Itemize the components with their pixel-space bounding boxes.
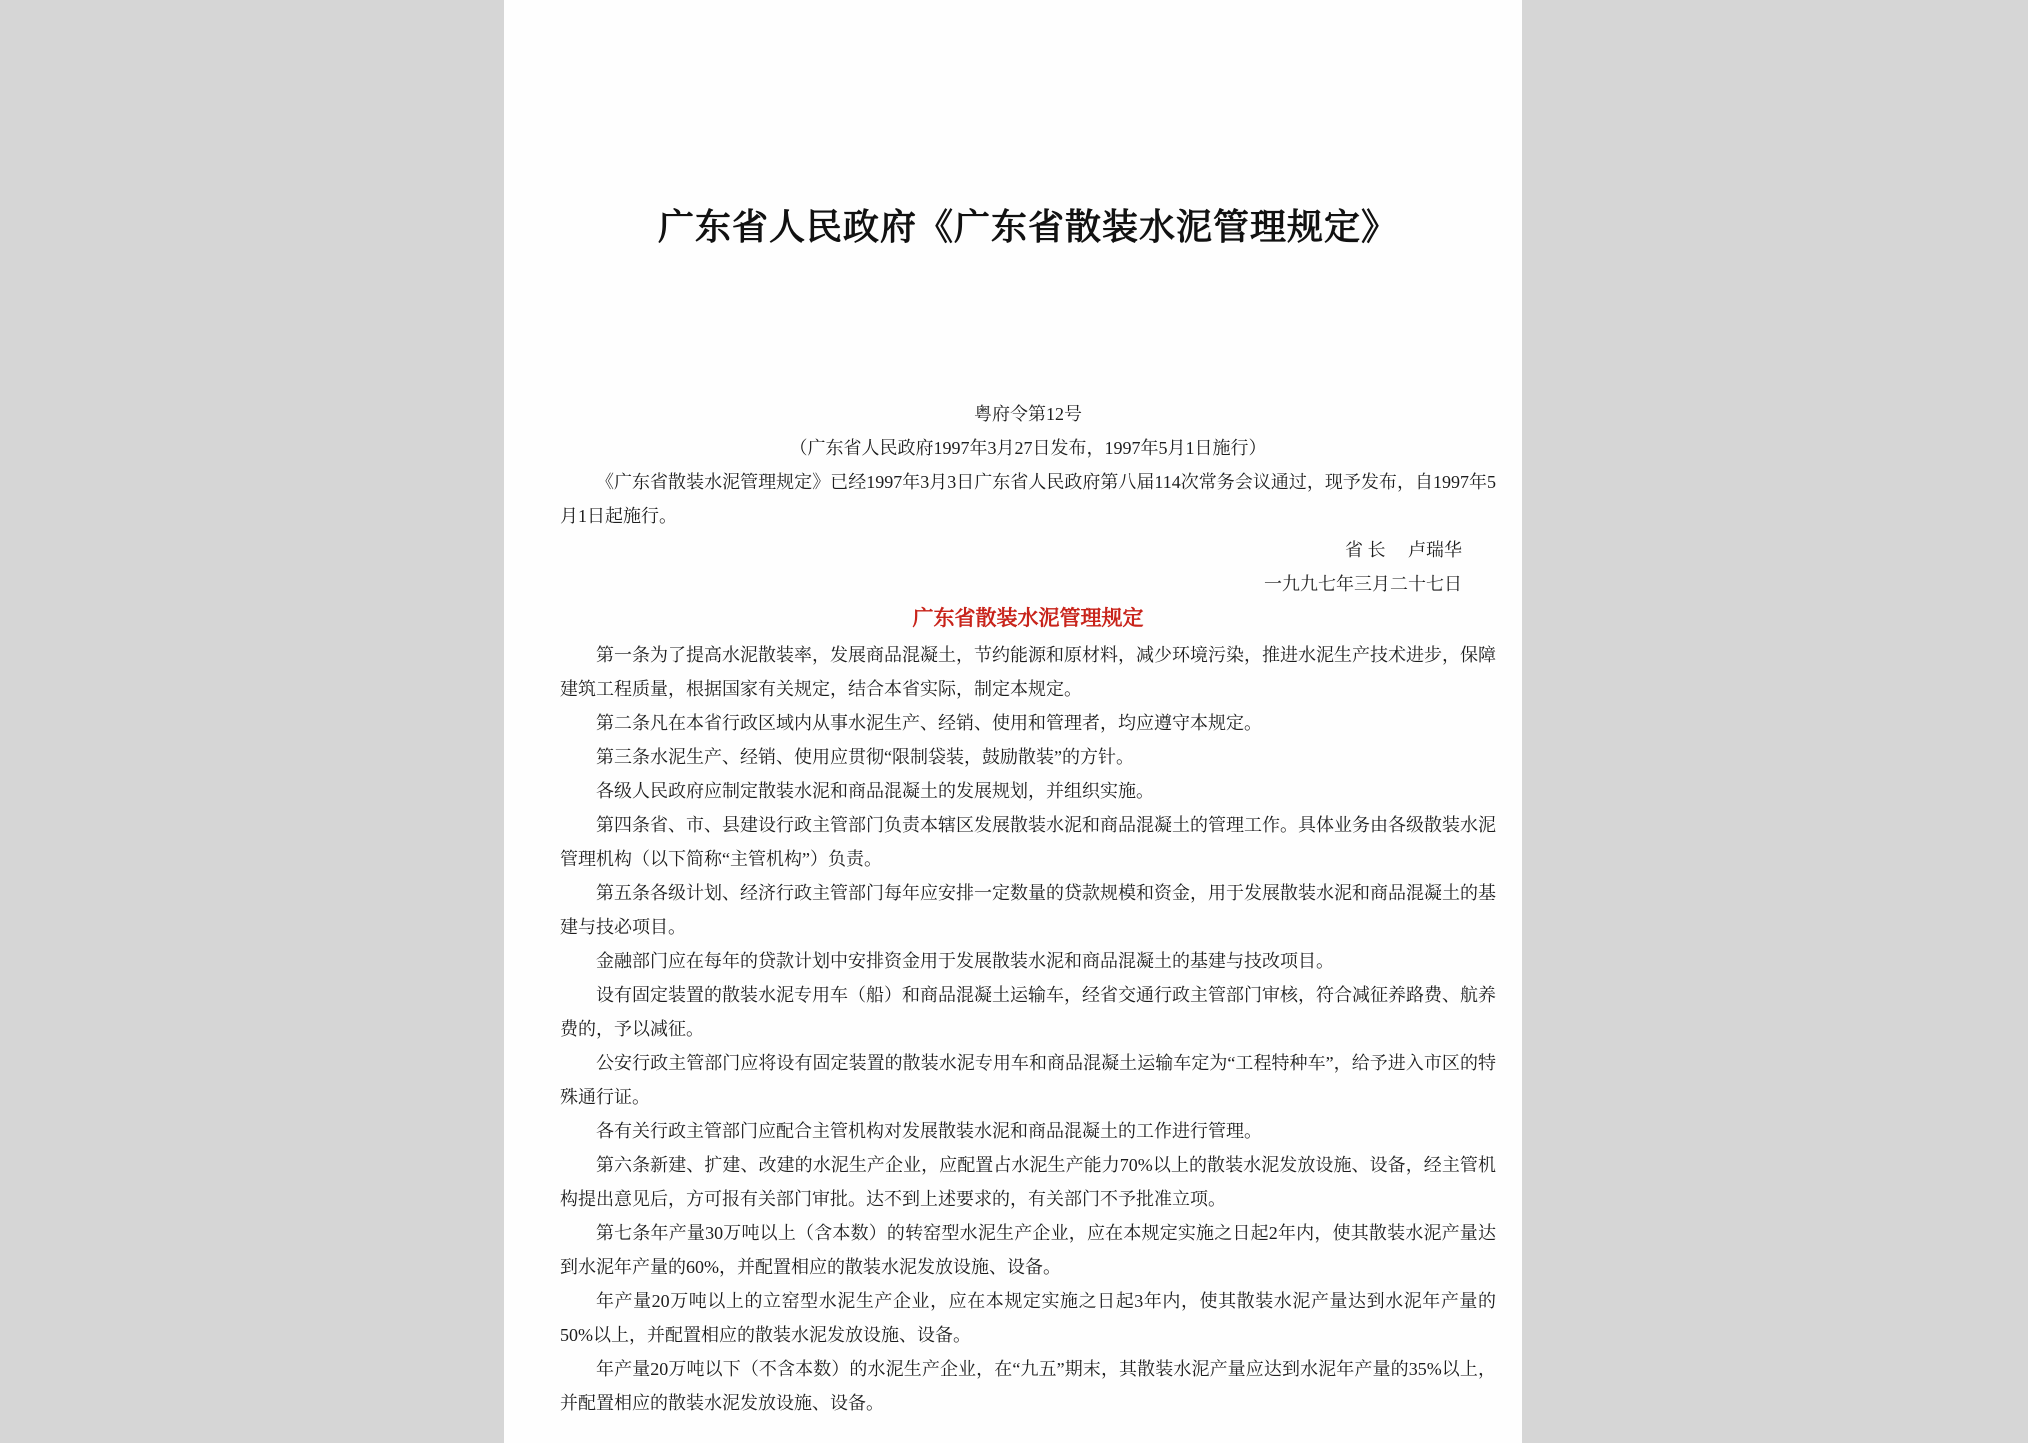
paragraph: 设有固定装置的散装水泥专用车（船）和商品混凝土运输车，经省交通行政主管部门审核，… bbox=[560, 978, 1496, 1046]
paragraph: 第二条凡在本省行政区域内从事水泥生产、经销、使用和管理者，均应遵守本规定。 bbox=[560, 706, 1496, 740]
paragraph: 各级人民政府应制定散装水泥和商品混凝土的发展规划，并组织实施。 bbox=[560, 774, 1496, 808]
paragraph: 第一条为了提高水泥散装率，发展商品混凝土，节约能源和原材料，减少环境污染，推进水… bbox=[560, 638, 1496, 706]
document-page: 广东省人民政府《广东省散装水泥管理规定》 粤府令第12号 （广东省人民政府199… bbox=[504, 0, 1522, 1443]
paragraph: 第四条省、市、县建设行政主管部门负责本辖区发展散装水泥和商品混凝土的管理工作。具… bbox=[560, 808, 1496, 876]
signature-line: 省 长 卢瑞华 bbox=[560, 533, 1496, 567]
date-line: 一九九七年三月二十七日 bbox=[560, 567, 1496, 601]
intro-paragraph: 《广东省散装水泥管理规定》已经1997年3月3日广东省人民政府第八届114次常务… bbox=[560, 465, 1496, 533]
paragraph: 第七条年产量30万吨以上（含本数）的转窑型水泥生产企业，应在本规定实施之日起2年… bbox=[560, 1216, 1496, 1284]
document-title: 广东省人民政府《广东省散装水泥管理规定》 bbox=[560, 0, 1496, 251]
paragraph: 各有关行政主管部门应配合主管机构对发展散装水泥和商品混凝土的工作进行管理。 bbox=[560, 1114, 1496, 1148]
document-header: 粤府令第12号 （广东省人民政府1997年3月27日发布，1997年5月1日施行… bbox=[560, 397, 1496, 635]
paragraph: 第三条水泥生产、经销、使用应贯彻“限制袋装，鼓励散装”的方针。 bbox=[560, 740, 1496, 774]
paragraph: 第五条各级计划、经济行政主管部门每年应安排一定数量的贷款规模和资金，用于发展散装… bbox=[560, 876, 1496, 944]
paragraph: 年产量20万吨以下（不含本数）的水泥生产企业，在“九五”期末，其散装水泥产量应达… bbox=[560, 1352, 1496, 1420]
document-body: 第一条为了提高水泥散装率，发展商品混凝土，节约能源和原材料，减少环境污染，推进水… bbox=[560, 638, 1496, 1420]
paragraph: 第六条新建、扩建、改建的水泥生产企业，应配置占水泥生产能力70%以上的散装水泥发… bbox=[560, 1148, 1496, 1216]
issuance-note: （广东省人民政府1997年3月27日发布，1997年5月1日施行） bbox=[560, 431, 1496, 465]
paragraph: 公安行政主管部门应将设有固定装置的散装水泥专用车和商品混凝土运输车定为“工程特种… bbox=[560, 1046, 1496, 1114]
regulation-heading: 广东省散装水泥管理规定 bbox=[560, 601, 1496, 635]
paragraph: 年产量20万吨以上的立窑型水泥生产企业，应在本规定实施之日起3年内，使其散装水泥… bbox=[560, 1284, 1496, 1352]
paragraph: 金融部门应在每年的贷款计划中安排资金用于发展散装水泥和商品混凝土的基建与技改项目… bbox=[560, 944, 1496, 978]
decree-number: 粤府令第12号 bbox=[560, 397, 1496, 431]
